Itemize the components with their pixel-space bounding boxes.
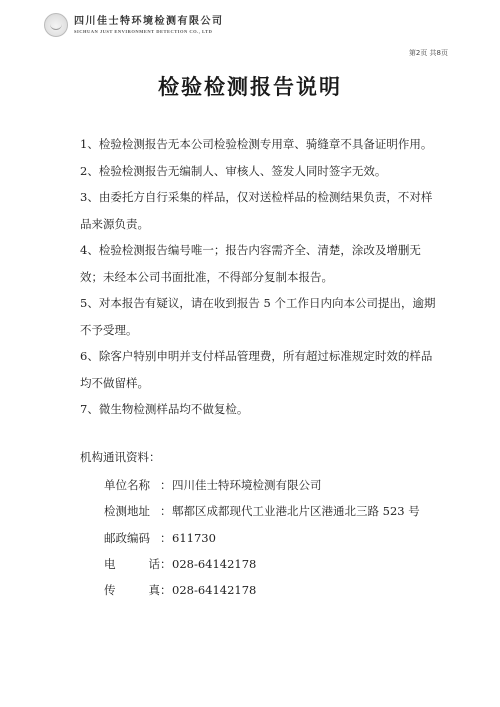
label-part: 电 [104, 551, 116, 577]
clause-item: 6、除客户特别申明并支付样品管理费，所有超过标准规定时效的样品均不做留样。 [80, 343, 440, 396]
label-part: 传 [104, 577, 116, 603]
label-part: 话 [149, 551, 161, 577]
letterhead: 四川佳士特环境检测有限公司 SICHUAN JUST ENVIRONMENT D… [44, 13, 224, 37]
document-title: 检验检测报告说明 [0, 71, 500, 101]
label-part: 检测地址 [104, 498, 150, 524]
contact-value: 611730 [172, 525, 216, 551]
contact-row-phone: 电话 ： 028-64142178 [104, 551, 420, 577]
contact-value: 郫都区成都现代工业港北片区港通北三路 523 号 [172, 498, 420, 524]
contact-label: 电话 [104, 551, 160, 577]
label-part: 真 [149, 577, 161, 603]
company-name-block: 四川佳士特环境检测有限公司 SICHUAN JUST ENVIRONMENT D… [74, 16, 224, 35]
clause-item: 3、由委托方自行采集的样品，仅对送检样品的检测结果负责，不对样品来源负责。 [80, 184, 440, 237]
contact-value: 028-64142178 [172, 551, 256, 577]
clause-item: 4、检验检测报告编号唯一；报告内容需齐全、清楚，涂改及增删无效；未经本公司书面批… [80, 237, 440, 290]
contact-row-company: 单位名称 ： 四川佳士特环境检测有限公司 [104, 472, 420, 498]
clause-list: 1、检验检测报告无本公司检验检测专用章、骑缝章不具备证明作用。 2、检验检测报告… [80, 131, 440, 423]
colon: ： [160, 498, 172, 524]
colon: ： [160, 472, 172, 498]
clause-item: 7、微生物检测样品均不做复检。 [80, 396, 440, 423]
company-logo-icon [44, 13, 68, 37]
contact-row-postcode: 邮政编码 ： 611730 [104, 525, 420, 551]
colon: ： [160, 525, 172, 551]
clause-item: 5、对本报告有疑议，请在收到报告 5 个工作日内向本公司提出，逾期不予受理。 [80, 290, 440, 343]
contact-label: 检测地址 [104, 498, 160, 524]
label-part: 邮政编码 [104, 525, 150, 551]
contact-value: 028-64142178 [172, 577, 256, 603]
contact-row-fax: 传真 ： 028-64142178 [104, 577, 420, 603]
label-part: 单位名称 [104, 472, 150, 498]
page-indicator: 第2页 共8页 [409, 48, 448, 58]
contact-label: 传真 [104, 577, 160, 603]
contact-info: 单位名称 ： 四川佳士特环境检测有限公司 检测地址 ： 郫都区成都现代工业港北片… [104, 472, 420, 603]
colon: ： [160, 577, 172, 603]
company-name-en: SICHUAN JUST ENVIRONMENT DETECTION CO., … [74, 28, 224, 35]
contact-value: 四川佳士特环境检测有限公司 [172, 472, 322, 498]
clause-item: 2、检验检测报告无编制人、审核人、签发人同时签字无效。 [80, 158, 440, 185]
contact-row-address: 检测地址 ： 郫都区成都现代工业港北片区港通北三路 523 号 [104, 498, 420, 524]
contact-label: 邮政编码 [104, 525, 160, 551]
colon: ： [160, 551, 172, 577]
contact-heading: 机构通讯资料： [80, 449, 161, 465]
clause-item: 1、检验检测报告无本公司检验检测专用章、骑缝章不具备证明作用。 [80, 131, 440, 158]
contact-label: 单位名称 [104, 472, 160, 498]
company-name-cn: 四川佳士特环境检测有限公司 [74, 16, 224, 28]
